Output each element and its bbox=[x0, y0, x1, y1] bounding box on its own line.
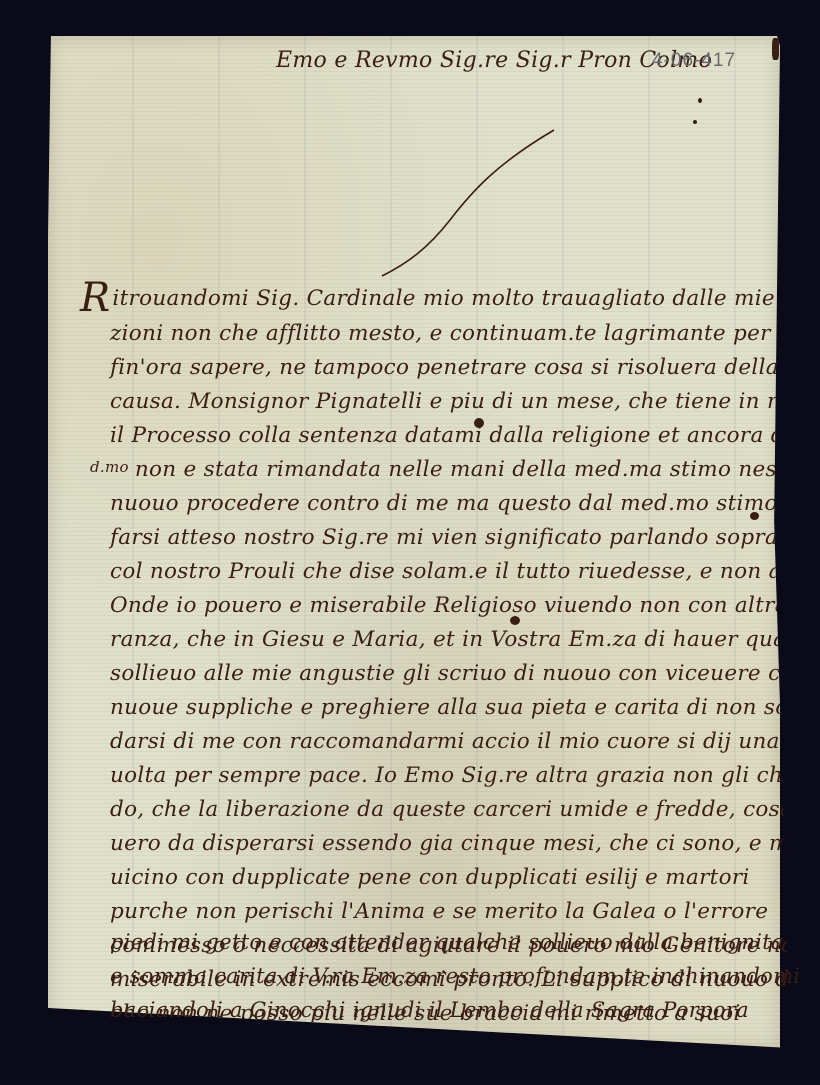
body-line-5: il Processo colla sentenza datami dalla … bbox=[110, 423, 820, 448]
body-line-19: purche non perischi l'Anima e se merito … bbox=[110, 899, 768, 924]
ink-spot bbox=[772, 38, 779, 60]
body-line-4: causa. Monsignor Pignatelli e piu di un … bbox=[110, 389, 820, 414]
body-line-6: d.monon e stata rimandata nelle mani del… bbox=[90, 457, 820, 482]
body-line-10: Onde io pouero e miserabile Religioso vi… bbox=[110, 593, 820, 618]
ink-spot bbox=[693, 120, 697, 124]
body-line-14: darsi di me con raccomandarmi accio il m… bbox=[110, 729, 780, 754]
pen-stroke-mark bbox=[378, 128, 558, 278]
body-line-15: uolta per sempre pace. Io Emo Sig.re alt… bbox=[110, 763, 803, 788]
body-line-25: baciandoli a Ginocchi ignudi il Lembo de… bbox=[110, 998, 749, 1022]
body-line-13: nuoue suppliche e preghiere alla sua pie… bbox=[110, 695, 811, 720]
body-line-2: zioni non che afflitto mesto, e continua… bbox=[110, 321, 820, 346]
letter-paper: Emo e Revmo Sig.re Sig.r Pron Colmo 4-06… bbox=[48, 36, 780, 1048]
body-line-1: Ritrouandomi Sig. Cardinale mio molto tr… bbox=[80, 278, 820, 318]
body-line-11: ranza, che in Giesu e Maria, et in Vostr… bbox=[110, 627, 820, 652]
archive-number: 4-06-417 bbox=[652, 50, 736, 72]
body-line-8: farsi atteso nostro Sig.re mi vien signi… bbox=[110, 525, 820, 550]
body-line-9: col nostro Prouli che dise solam.e il tu… bbox=[110, 559, 820, 584]
body-line-3: fin'ora sapere, ne tampoco penetrare cos… bbox=[110, 355, 820, 380]
body-line-17: uero da disperarsi essendo gia cinque me… bbox=[110, 831, 820, 856]
body-line-16: do, che la liberazione da queste carceri… bbox=[110, 797, 820, 822]
body-line-12: sollieuo alle mie angustie gli scriuo di… bbox=[110, 661, 808, 686]
ink-spot bbox=[698, 98, 702, 103]
body-line-18: uicino con dupplicate pene con dupplicat… bbox=[110, 865, 750, 890]
scan-background: Emo e Revmo Sig.re Sig.r Pron Colmo 4-06… bbox=[0, 0, 820, 1085]
body-line-23: piedi mi getto e con attender qualche so… bbox=[110, 930, 784, 954]
body-line-24: e somma carita di V.ra Em.za resto profo… bbox=[110, 964, 800, 988]
salutation: Emo e Revmo Sig.re Sig.r Pron Colmo bbox=[276, 48, 712, 73]
body-line-7: nuouo procedere contro di me ma questo d… bbox=[110, 491, 820, 516]
initial-capital: R bbox=[80, 275, 110, 321]
